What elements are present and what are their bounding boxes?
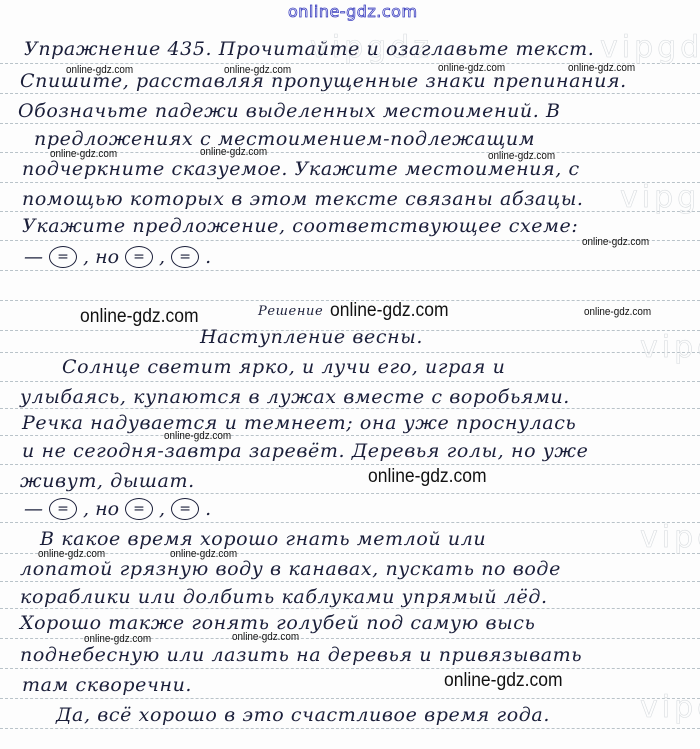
scheme-end: .: [205, 246, 211, 268]
text-line: там скворечни.: [22, 674, 192, 696]
watermark: online-gdz.com: [50, 148, 117, 160]
watermark: online-gdz.com: [368, 466, 487, 488]
ghost-watermark: vipgdz: [600, 30, 700, 65]
task-line: Обозначьте падежи выделенных местоимений…: [18, 100, 561, 122]
watermark: online-gdz.com: [38, 548, 105, 560]
ghost-watermark: vipgdz: [640, 520, 700, 555]
predicate-circle-icon: =: [49, 498, 77, 520]
solution-title: Наступление весны.: [200, 326, 423, 348]
ruled-line: [0, 698, 700, 699]
predicate-circle-icon: =: [171, 498, 199, 520]
text-line: Солнце светит ярко, и лучи его, играя и: [62, 356, 505, 378]
scheme-separator: ,: [159, 498, 165, 520]
ruled-line: [0, 668, 700, 669]
ruled-line: [0, 211, 700, 212]
ghost-watermark: vipgdz: [620, 180, 700, 215]
text-line: лопатой грязную воду в канавах, пускать …: [20, 558, 561, 580]
text-line: Речка надувается и темнеет; она уже прос…: [22, 412, 576, 434]
ruled-line: [0, 581, 700, 582]
scheme-separator: , но: [83, 246, 119, 268]
scheme-separator: ,: [159, 246, 165, 268]
solution-label: Решение: [258, 304, 323, 319]
ruled-line: [0, 522, 700, 523]
ruled-line: [0, 435, 700, 436]
watermark: online-gdz.com: [66, 64, 133, 76]
task-scheme: — = , но = , = .: [24, 246, 211, 268]
watermark: online-gdz.com: [224, 64, 291, 76]
predicate-circle-icon: =: [125, 246, 153, 268]
text-line: живут, дышат.: [20, 470, 195, 492]
task-line: предложениях с местоимением-подлежащим: [34, 128, 535, 150]
closing-line: Да, всё хорошо в это счастливое время го…: [56, 704, 550, 726]
ruled-line: [0, 493, 700, 494]
scheme-dash: —: [24, 498, 43, 520]
ghost-watermark: vipgdz: [640, 690, 700, 725]
answer-scheme: — = , но = , = .: [24, 498, 211, 520]
ruled-line: [0, 93, 700, 94]
watermark: online-gdz.com: [200, 146, 267, 158]
scheme-end: .: [205, 498, 211, 520]
ruled-line: [0, 408, 700, 409]
scheme-dash: —: [24, 246, 43, 268]
watermark: online-gdz.com: [170, 548, 237, 560]
task-line: помощью которых в этом тексте связаны аб…: [22, 188, 584, 210]
predicate-circle-icon: =: [125, 498, 153, 520]
text-line: улыбаясь, купаются в лужах вместе с воро…: [20, 386, 570, 408]
watermark: online-gdz.com: [568, 62, 635, 74]
task-line: Укажите предложение, соответствующее схе…: [22, 215, 578, 237]
text-line: В какое время хорошо гнать метлой или: [40, 528, 486, 550]
ruled-line: [0, 123, 700, 124]
ruled-line: [0, 270, 700, 271]
scanned-notebook-page: vipgdz vipgdz vipgdz vipgdz vipgdz vipgd…: [0, 0, 700, 749]
ruled-line: [0, 381, 700, 382]
watermark: online-gdz.com: [330, 300, 449, 322]
watermark: online-gdz.com: [444, 670, 563, 692]
ghost-watermark: vipgdz: [640, 330, 700, 365]
predicate-circle-icon: =: [49, 246, 77, 268]
header-watermark: online-gdz.com: [288, 2, 418, 21]
predicate-circle-icon: =: [171, 246, 199, 268]
ruled-line: [0, 352, 700, 353]
watermark: online-gdz.com: [164, 430, 231, 442]
scheme-separator: , но: [83, 498, 119, 520]
ruled-line: [0, 728, 700, 729]
watermark: online-gdz.com: [80, 306, 199, 328]
ruled-line: [0, 182, 700, 183]
text-line: и не сегодня-завтра заревёт. Деревья гол…: [22, 440, 588, 462]
watermark: online-gdz.com: [232, 631, 299, 643]
watermark: online-gdz.com: [84, 633, 151, 645]
ruled-line: [0, 608, 700, 609]
watermark: online-gdz.com: [438, 62, 505, 74]
watermark: online-gdz.com: [584, 306, 651, 318]
ruled-line: [0, 464, 700, 465]
text-line: кораблики или долбить каблуками упрямый …: [20, 586, 548, 608]
watermark: online-gdz.com: [488, 150, 555, 162]
task-line: Упражнение 435. Прочитайте и озаглавьте …: [24, 38, 594, 60]
text-line: поднебесную или лазить на деревья и прив…: [20, 644, 582, 666]
watermark: online-gdz.com: [582, 236, 649, 248]
